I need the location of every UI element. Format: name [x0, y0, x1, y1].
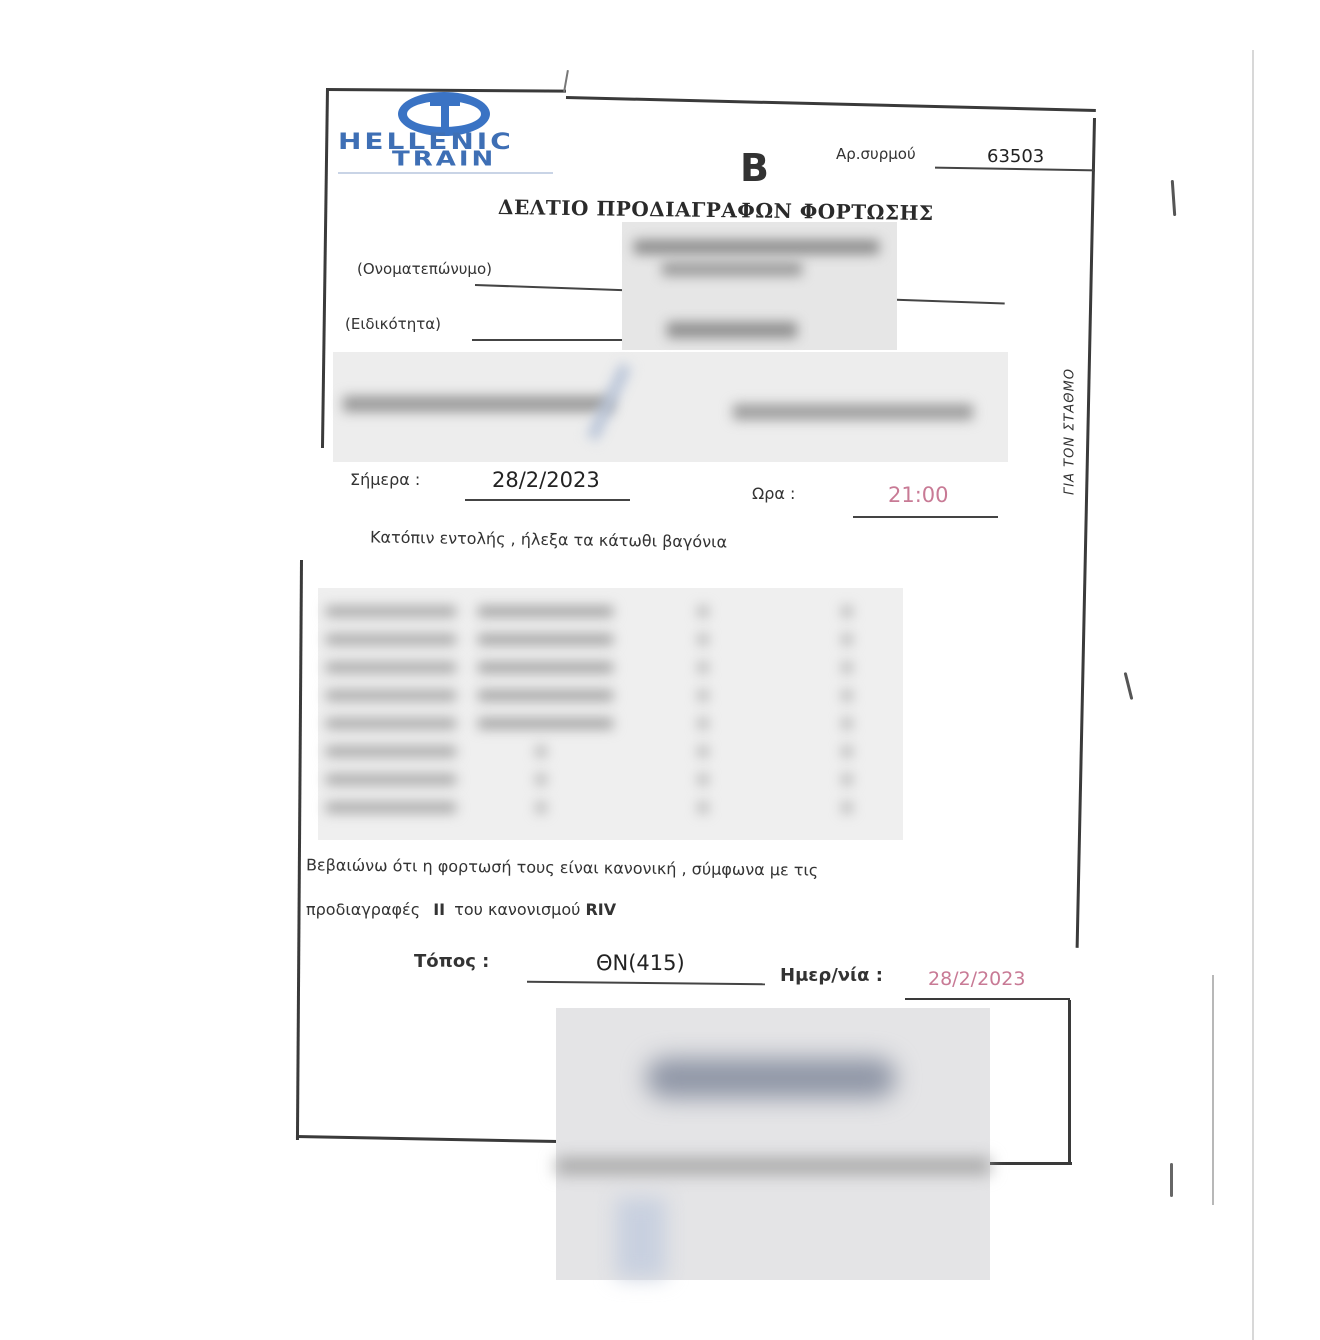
form-border-bottom-right	[990, 1162, 1072, 1165]
form-letter: B	[740, 146, 769, 190]
place-value: ΘΝ(415)	[596, 951, 685, 975]
place-underline	[527, 981, 765, 985]
redacted-signature	[556, 1008, 990, 1280]
train-number-value: 63503	[987, 146, 1044, 167]
specialty-underline	[472, 339, 622, 341]
today-underline	[465, 499, 630, 501]
form-border-bottom	[296, 1135, 558, 1143]
date-label: Ημερ/νία :	[780, 965, 883, 986]
form-border-left-lower	[296, 560, 303, 1140]
today-label: Σήμερα :	[350, 470, 420, 489]
form-border-right-lower	[1068, 1000, 1071, 1164]
page-edge-right	[1252, 50, 1254, 1340]
place-label: Τόπος :	[414, 951, 489, 972]
station-side-label: ΓΙΑ ΤΟΝ ΣΤΑΘΜΟ	[1063, 362, 1078, 502]
form-border-left	[321, 88, 329, 448]
form-border-date-tick	[905, 998, 1070, 1000]
specialty-label: (Ειδικότητα)	[345, 315, 441, 333]
redacted-name	[622, 222, 897, 350]
redacted-wagon-table	[318, 588, 903, 840]
date-value: 28/2/2023	[928, 968, 1025, 990]
logo-tagline	[338, 172, 553, 174]
form-title: ΔΕΛΤΙΟ ΠΡΟΔΙΑΓΡΑΦΩΝ ΦΟΡΤΩΣΗΣ	[498, 195, 934, 225]
train-number-underline	[935, 167, 1095, 172]
cert-line2-mid: του κανονισμού	[454, 900, 580, 919]
certification-line2: προδιαγραφές II του κανονισμού RIV	[306, 900, 616, 919]
name-label: (Ονοματεπώνυμο)	[357, 260, 492, 278]
cert-line2-bold1: II	[433, 900, 445, 919]
scan-mark-1	[1171, 180, 1177, 216]
train-number-label: Αρ.συρμού	[836, 145, 916, 163]
time-value: 21:00	[888, 483, 949, 507]
time-underline	[853, 516, 998, 518]
form-border-right	[1076, 118, 1096, 948]
scan-mark-2	[1124, 672, 1134, 700]
redacted-details	[333, 352, 1008, 462]
scan-mark-3	[1170, 1163, 1173, 1197]
certification-line1: Βεβαιώνω ότι η φορτωσή τους είναι κανονι…	[306, 855, 818, 879]
today-value: 28/2/2023	[492, 468, 600, 492]
logo-text-line2: TRAIN	[392, 147, 496, 171]
form-border-top-right	[566, 96, 1096, 112]
cert-line2-prefix: προδιαγραφές	[306, 900, 420, 919]
page-edge-right-inner	[1212, 975, 1214, 1205]
time-label: Ωρα :	[752, 484, 795, 503]
cert-line2-bold2: RIV	[585, 900, 616, 919]
instruction-text: Κατόπιν εντολής , ήλεξα τα κάτωθι βαγόνι…	[370, 528, 727, 552]
